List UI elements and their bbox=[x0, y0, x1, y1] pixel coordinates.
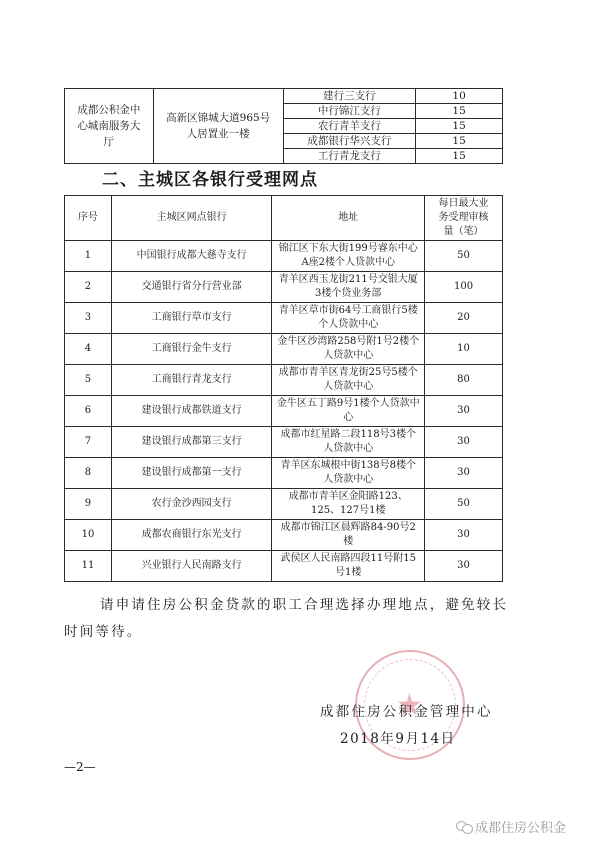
section-heading: 二、主城区各银行受理网点 bbox=[102, 165, 318, 190]
bank-cell: 兴业银行人民南路支行 bbox=[111, 551, 272, 582]
table-row: 1中国银行成都大慈寺支行锦江区下东大街199号睿东中心A座2楼个人贷款中心50 bbox=[65, 241, 503, 272]
bank-cell: 中国银行成都大慈寺支行 bbox=[111, 241, 272, 272]
seq-cell: 1 bbox=[65, 241, 112, 272]
address-cell: 成都市锦江区晨辉路84-90号2楼 bbox=[272, 520, 425, 551]
table-row: 9农行金沙西园支行成都市青羊区金阳路123、125、127号1楼50 bbox=[65, 489, 503, 520]
branch-bank-cell: 成都银行华兴支行 bbox=[283, 134, 416, 149]
bank-cell: 交通银行省分行营业部 bbox=[111, 272, 272, 303]
quota-cell: 100 bbox=[425, 272, 503, 303]
bank-cell: 工商银行草市支行 bbox=[111, 303, 272, 334]
seq-cell: 7 bbox=[65, 427, 112, 458]
table-row: 7建设银行成都第三支行成都市红星路二段118号3楼个人贷款中心30 bbox=[65, 427, 503, 458]
notice-paragraph-line1: 请申请住房公积金贷款的职工合理选择办理地点，避免较长 bbox=[100, 593, 508, 613]
address-cell: 青羊区草市街64号工商银行5楼个人贷款中心 bbox=[272, 303, 425, 334]
seq-cell: 3 bbox=[65, 303, 112, 334]
table-row: 6建设银行成都铁道支行金牛区五丁路9号1楼个人贷款中心30 bbox=[65, 396, 503, 427]
wechat-watermark: 成都住房公积金 bbox=[456, 817, 566, 836]
branch-quota-cell: 15 bbox=[416, 149, 503, 164]
service-hall-table: 成都公积金中心城南服务大厅 高新区锦城大道965号人居置业一楼 建行三支行 10… bbox=[64, 88, 503, 164]
quota-cell: 20 bbox=[425, 303, 503, 334]
branch-quota-cell: 15 bbox=[416, 119, 503, 134]
seq-cell: 6 bbox=[65, 396, 112, 427]
address-cell: 成都市青羊区金阳路123、125、127号1楼 bbox=[272, 489, 425, 520]
header-bank: 主城区网点银行 bbox=[111, 196, 272, 241]
address-cell: 武侯区人民南路四段11号附15号1楼 bbox=[272, 551, 425, 582]
table-row: 3工商银行草市支行青羊区草市街64号工商银行5楼个人贷款中心20 bbox=[65, 303, 503, 334]
hall-address-cell: 高新区锦城大道965号人居置业一楼 bbox=[153, 89, 283, 164]
branch-quota-cell: 10 bbox=[416, 89, 503, 104]
seq-cell: 2 bbox=[65, 272, 112, 303]
quota-cell: 30 bbox=[425, 458, 503, 489]
seq-cell: 5 bbox=[65, 365, 112, 396]
seq-cell: 4 bbox=[65, 334, 112, 365]
header-seq: 序号 bbox=[65, 196, 112, 241]
quota-cell: 30 bbox=[425, 551, 503, 582]
address-cell: 成都市红星路二段118号3楼个人贷款中心 bbox=[272, 427, 425, 458]
watermark-text: 成都住房公积金 bbox=[475, 817, 566, 836]
address-cell: 青羊区西玉龙街211号交银大厦3楼个贷业务部 bbox=[272, 272, 425, 303]
seq-cell: 10 bbox=[65, 520, 112, 551]
hall-name-cell: 成都公积金中心城南服务大厅 bbox=[65, 89, 154, 164]
table-row: 成都公积金中心城南服务大厅 高新区锦城大道965号人居置业一楼 建行三支行 10 bbox=[65, 89, 503, 104]
quota-cell: 30 bbox=[425, 396, 503, 427]
table-row: 10成都农商银行东光支行成都市锦江区晨辉路84-90号2楼30 bbox=[65, 520, 503, 551]
address-cell: 金牛区沙湾路258号附1号2楼个人贷款中心 bbox=[272, 334, 425, 365]
table-header-row: 序号 主城区网点银行 地址 每日最大业务受理审核量（笔） bbox=[65, 196, 503, 241]
quota-cell: 30 bbox=[425, 520, 503, 551]
quota-cell: 10 bbox=[425, 334, 503, 365]
bank-cell: 农行金沙西园支行 bbox=[111, 489, 272, 520]
seq-cell: 8 bbox=[65, 458, 112, 489]
quota-cell: 80 bbox=[425, 365, 503, 396]
address-cell: 青羊区东城根中街138号8楼个人贷款中心 bbox=[272, 458, 425, 489]
wechat-icon bbox=[456, 821, 472, 833]
quota-cell: 50 bbox=[425, 489, 503, 520]
table-row: 8建设银行成都第一支行青羊区东城根中街138号8楼个人贷款中心30 bbox=[65, 458, 503, 489]
branch-bank-cell: 工行青龙支行 bbox=[283, 149, 416, 164]
bank-cell: 建设银行成都第一支行 bbox=[111, 458, 272, 489]
signing-date: 2018年9月14日 bbox=[340, 727, 456, 747]
table-row: 5工商银行青龙支行成都市青羊区青龙街25号5楼个人贷款中心80 bbox=[65, 365, 503, 396]
bank-cell: 成都农商银行东光支行 bbox=[111, 520, 272, 551]
bank-cell: 建设银行成都第三支行 bbox=[111, 427, 272, 458]
branch-bank-cell: 农行青羊支行 bbox=[283, 119, 416, 134]
branch-quota-cell: 15 bbox=[416, 134, 503, 149]
header-address: 地址 bbox=[272, 196, 425, 241]
table-row: 4工商银行金牛支行金牛区沙湾路258号附1号2楼个人贷款中心10 bbox=[65, 334, 503, 365]
header-quota: 每日最大业务受理审核量（笔） bbox=[425, 196, 503, 241]
quota-cell: 30 bbox=[425, 427, 503, 458]
signing-organization: 成都住房公积金管理中心 bbox=[320, 700, 493, 720]
bank-cell: 工商银行金牛支行 bbox=[111, 334, 272, 365]
bank-cell: 工商银行青龙支行 bbox=[111, 365, 272, 396]
quota-cell: 50 bbox=[425, 241, 503, 272]
address-cell: 成都市青羊区青龙街25号5楼个人贷款中心 bbox=[272, 365, 425, 396]
page-number: —2— bbox=[64, 760, 96, 774]
branch-bank-cell: 建行三支行 bbox=[283, 89, 416, 104]
branch-quota-cell: 15 bbox=[416, 104, 503, 119]
table-row: 2交通银行省分行营业部青羊区西玉龙街211号交银大厦3楼个贷业务部100 bbox=[65, 272, 503, 303]
address-cell: 金牛区五丁路9号1楼个人贷款中心 bbox=[272, 396, 425, 427]
notice-paragraph-line2: 时间等待。 bbox=[64, 620, 143, 640]
seq-cell: 11 bbox=[65, 551, 112, 582]
table-row: 11兴业银行人民南路支行武侯区人民南路四段11号附15号1楼30 bbox=[65, 551, 503, 582]
bank-branches-table: 序号 主城区网点银行 地址 每日最大业务受理审核量（笔） 1中国银行成都大慈寺支… bbox=[64, 195, 503, 582]
branch-bank-cell: 中行锦江支行 bbox=[283, 104, 416, 119]
address-cell: 锦江区下东大街199号睿东中心A座2楼个人贷款中心 bbox=[272, 241, 425, 272]
bank-cell: 建设银行成都铁道支行 bbox=[111, 396, 272, 427]
seq-cell: 9 bbox=[65, 489, 112, 520]
